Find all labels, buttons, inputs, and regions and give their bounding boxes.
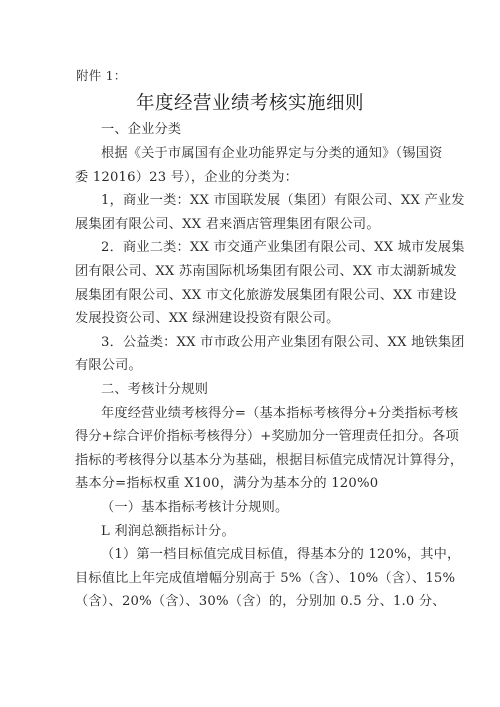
section-heading-enterprise-classification: 一、企业分类 (101, 121, 427, 139)
paragraph-line: 基本分=指标权重 X100，满分为基本分的 120%0 (75, 475, 427, 493)
paragraph-line: 根据《关于市属国有企业功能界定与分类的通知》（锡国资 (101, 145, 427, 163)
paragraph-line: 3．公益类：XX 市市政公用产业集团有限公司、XX 地铁集团 (101, 334, 427, 352)
paragraph-line: 得分+综合评价指标考核得分）+奖励加分一管理责任扣分。各项 (75, 428, 427, 446)
document-page: 附件 1： 年度经营业绩考核实施细则 一、企业分类 根据《关于市属国有企业功能界… (0, 0, 500, 707)
paragraph-line: （含）、20%（含）、30%（含）的，分别加 0.5 分、1.0 分、 (75, 593, 427, 611)
document-title: 年度经营业绩考核实施细则 (0, 92, 500, 116)
attachment-label: 附件 1： (76, 67, 428, 85)
paragraph-line: 指标的考核得分以基本分为基础，根据目标值完成情况计算得分， (75, 452, 427, 470)
paragraph-line: 2．商业二类：XX 市交通产业集团有限公司、XX 城市发展集 (101, 239, 427, 257)
subsection-heading-basic-indicators: （一）基本指标考核计分规则。 (101, 499, 427, 517)
paragraph-line: 委 12016）23 号），企业的分类为： (75, 169, 427, 187)
paragraph-line: （1）第一档目标值完成目标值，得基本分的 120%，其中， (101, 546, 427, 564)
paragraph-line: 发展投资公司、XX 绿洲建设投资有限公司。 (75, 310, 427, 328)
paragraph-line: 目标值比上年完成值增幅分别高于 5%（含）、10%（含）、15% (75, 570, 427, 588)
paragraph-line: 展集团有限公司、XX 市文化旅游发展集团有限公司、XX 市建设 (75, 287, 427, 305)
paragraph-line: 团有限公司、XX 苏南国际机场集团有限公司、XX 市太湖新城发 (75, 263, 427, 281)
paragraph-line: 年度经营业绩考核得分=（基本指标考核得分+分类指标考核 (101, 405, 427, 423)
paragraph-line: 有限公司。 (75, 357, 427, 375)
paragraph-line: 展集团有限公司、XX 君来酒店管理集团有限公司。 (75, 216, 427, 234)
paragraph-line: L 利润总额指标计分。 (101, 523, 427, 541)
section-heading-scoring-rules: 二、考核计分规则 (101, 381, 427, 399)
paragraph-line: 1，商业一类：XX 市国联发展（集团）有限公司、XX 产业发 (101, 192, 427, 210)
